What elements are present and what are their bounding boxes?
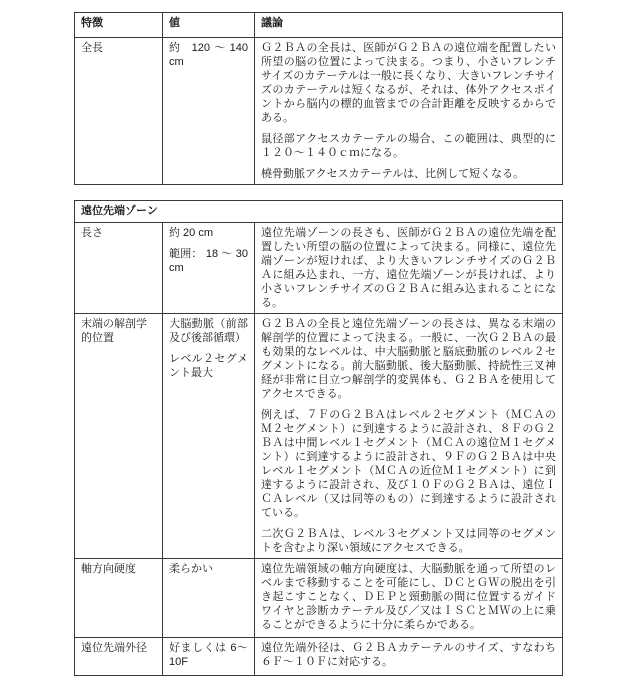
discussion-cell: Ｇ２ＢＡの全長と遠位先端ゾーンの長さは、異なる末端の解剖学的位置によって決まる。… — [255, 314, 563, 559]
discussion-cell: Ｇ２ＢＡの全長は、医師がＧ２ＢＡの遠位端を配置したい所望の脳の位置によって決まる… — [255, 38, 563, 185]
feature-cell: 全長 — [75, 38, 163, 185]
table-row-distal-tip-outer-diameter: 遠位先端外径 好ましくは 6～10F 遠位先端外径は、Ｇ２ＢＡカテーテルのサイズ… — [75, 638, 563, 676]
feature-cell: 末端の解剖学的位置 — [75, 314, 163, 559]
discussion-paragraph: 遠位先端ゾーンの長さも、医師がＧ２ＢＡの遠位先端を配置したい所望の脳の位置によっ… — [261, 226, 556, 310]
table-row-axial-stiffness: 軸方向硬度 柔らかい 遠位先端領域の軸方向硬度は、大脳動脈を通って所望のレベルま… — [75, 559, 563, 638]
discussion-paragraph: Ｇ２ＢＡの全長と遠位先端ゾーンの長さは、異なる末端の解剖学的位置によって決まる。… — [261, 317, 556, 401]
value-cell: 約 20 cm 範囲： 18 ～ 30 cm — [163, 223, 255, 314]
value-cell: 約 120～140 cm — [163, 38, 255, 185]
table-row-overall-length: 全長 約 120～140 cm Ｇ２ＢＡの全長は、医師がＧ２ＢＡの遠位端を配置し… — [75, 38, 563, 185]
feature-cell: 長さ — [75, 223, 163, 314]
column-header-feature: 特徴 — [75, 13, 163, 38]
section-title-distal-tip-zone: 遠位先端ゾーン — [75, 201, 563, 223]
discussion-paragraph: 二次Ｇ２ＢＡは、レベル３セグメント又は同等のセグメントを含むより深い領域にアクセ… — [261, 527, 556, 555]
column-header-discussion: 議論 — [255, 13, 563, 38]
value-paragraph: 約 120～140 cm — [169, 41, 248, 69]
value-paragraph: 好ましくは 6～10F — [169, 641, 248, 669]
discussion-cell: 遠位先端ゾーンの長さも、医師がＧ２ＢＡの遠位先端を配置したい所望の脳の位置によっ… — [255, 223, 563, 314]
table-separator-gap — [74, 185, 562, 200]
table-row-length: 長さ 約 20 cm 範囲： 18 ～ 30 cm 遠位先端ゾーンの長さも、医師… — [75, 223, 563, 314]
discussion-paragraph: Ｇ２ＢＡの全長は、医師がＧ２ＢＡの遠位端を配置したい所望の脳の位置によって決まる… — [261, 41, 556, 125]
patent-specification-document: 特徴 値 議論 全長 約 120～140 cm Ｇ２ＢＡの全長は、医師がＧ２ＢＡ… — [74, 12, 562, 676]
discussion-cell: 遠位先端領域の軸方向硬度は、大脳動脈を通って所望のレベルまで移動することを可能に… — [255, 559, 563, 638]
discussion-paragraph: 例えば、７ＦのＧ２ＢＡはレベル２セグメント（ＭＣＡのＭ２セグメント）に到達するよ… — [261, 408, 556, 520]
discussion-paragraph: 橈骨動脈アクセスカテーテルは、比例して短くなる。 — [261, 167, 556, 181]
discussion-paragraph: 遠位先端外径は、Ｇ２ＢＡカテーテルのサイズ、すなわち６Ｆ～１０Ｆに対応する。 — [261, 641, 556, 669]
feature-cell: 遠位先端外径 — [75, 638, 163, 676]
feature-cell: 軸方向硬度 — [75, 559, 163, 638]
value-paragraph: レベル２セグメント最大 — [169, 352, 248, 380]
value-paragraph: 約 20 cm — [169, 226, 248, 240]
value-cell: 大脳動脈（前部及び後部循環） レベル２セグメント最大 — [163, 314, 255, 559]
discussion-cell: 遠位先端外径は、Ｇ２ＢＡカテーテルのサイズ、すなわち６Ｆ～１０Ｆに対応する。 — [255, 638, 563, 676]
feature-table-distal-tip-zone: 遠位先端ゾーン 長さ 約 20 cm 範囲： 18 ～ 30 cm 遠位先端ゾー… — [74, 200, 563, 676]
value-cell: 好ましくは 6～10F — [163, 638, 255, 676]
column-header-value: 値 — [163, 13, 255, 38]
table-row-terminal-anatomical-position: 末端の解剖学的位置 大脳動脈（前部及び後部循環） レベル２セグメント最大 Ｇ２Ｂ… — [75, 314, 563, 559]
section-header-row: 遠位先端ゾーン — [75, 201, 563, 223]
discussion-paragraph: 鼠径部アクセスカテーテルの場合、この範囲は、典型的に１２０～１４０ｃｍになる。 — [261, 132, 556, 160]
discussion-paragraph: 遠位先端領域の軸方向硬度は、大脳動脈を通って所望のレベルまで移動することを可能に… — [261, 562, 556, 632]
table-header-row: 特徴 値 議論 — [75, 13, 563, 38]
feature-table-overall: 特徴 値 議論 全長 約 120～140 cm Ｇ２ＢＡの全長は、医師がＧ２ＢＡ… — [74, 12, 563, 185]
value-paragraph: 範囲： 18 ～ 30 cm — [169, 247, 248, 275]
value-paragraph: 大脳動脈（前部及び後部循環） — [169, 317, 248, 345]
value-paragraph: 柔らかい — [169, 562, 248, 576]
value-cell: 柔らかい — [163, 559, 255, 638]
